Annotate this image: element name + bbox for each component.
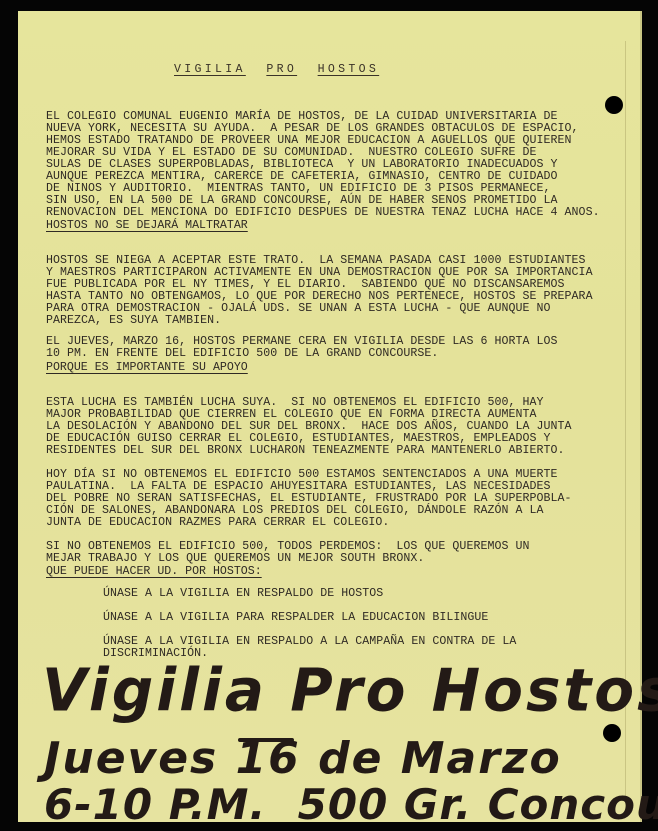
document-title: VIGILIA PRO HOSTOS	[174, 63, 379, 76]
text-line: 10 PM. EN FRENTE DEL EDIFICIO 500 DE LA …	[46, 348, 558, 360]
text-line: RENOVACION DEL MENCIONA DO EDIFICIO DESP…	[46, 207, 600, 219]
handwritten-title: Vigilia Pro Hostos	[42, 655, 658, 724]
section-heading-maltratar: HOSTOS NO SE DEJARÁ MALTRATAR	[46, 219, 248, 232]
handwritten-word: Vigilia	[42, 655, 290, 724]
punch-hole-top	[605, 96, 623, 114]
action-item-1: ÚNASE A LA VIGILIA EN RESPALDO DE HOSTOS	[103, 588, 383, 600]
section-heading-apoyo: PORQUE ES IMPORTANTE SU APOYO	[46, 361, 248, 374]
handwritten-time-location: 6-10 P.M. 500 Gr. Concourse	[44, 780, 658, 829]
text-line: RESIDENTES DEL SUR DEL BRONX LUCHARON TE…	[46, 445, 572, 457]
handwritten-word: Hostos	[408, 655, 658, 724]
title-word-vigilia: VIGILIA	[174, 63, 246, 76]
title-word-hostos: HOSTOS	[318, 63, 380, 76]
handwritten-word-pro: Pro	[290, 655, 408, 724]
text-line: MEJAR TRABAJO Y LOS QUE QUEREMOS UN MEJO…	[46, 553, 530, 565]
paragraph-intro: EL COLEGIO COMUNAL EUGENIO MARÍA DE HOST…	[46, 99, 600, 231]
section-heading-que-puede-hacer: QUE PUEDE HACER UD. POR HOSTOS:	[46, 565, 262, 578]
handwritten-date: Jueves 16 de Marzo	[44, 733, 562, 784]
action-item-2: ÚNASE A LA VIGILIA PARA RESPALDER LA EDU…	[103, 612, 488, 624]
punch-hole-bottom	[603, 724, 621, 742]
title-word-pro: PRO	[266, 63, 297, 76]
text-line: JUNTA DE EDUCACION RAZMES PARA CERRAR EL…	[46, 517, 572, 529]
